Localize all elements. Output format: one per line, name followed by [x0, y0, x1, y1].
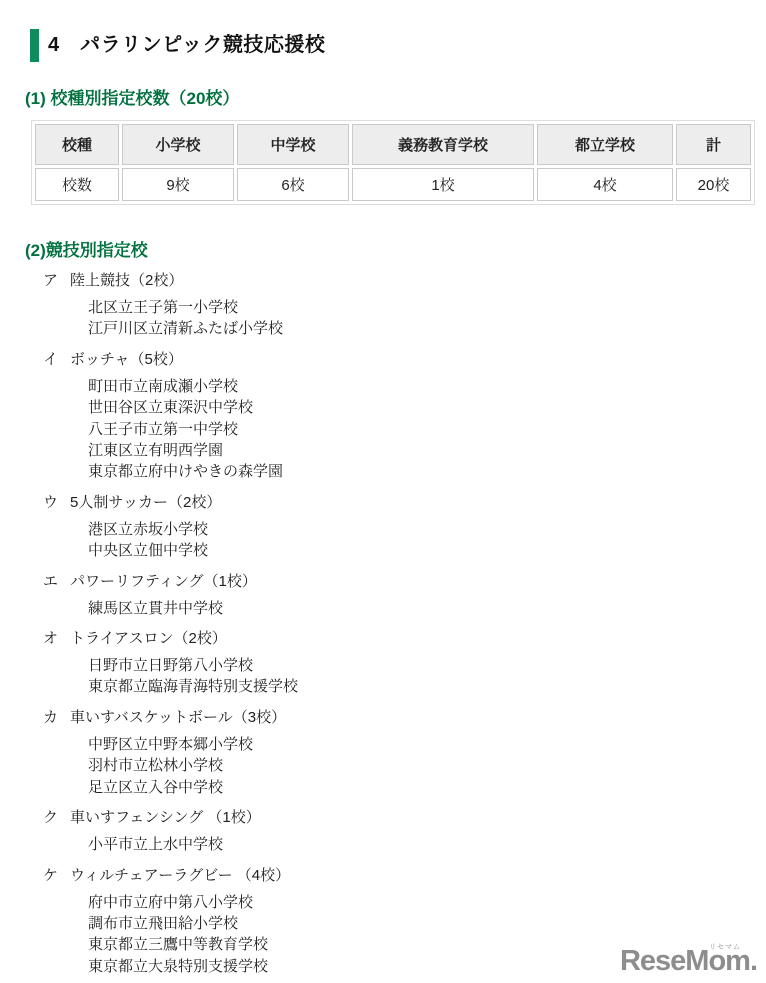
school-list: 小平市立上水中学校: [88, 834, 766, 855]
page-header: 4 パラリンピック競技応援校: [30, 29, 766, 62]
sport-section: イボッチャ（5校）町田市立南成瀬小学校世田谷区立東深沢中学校八王子市立第一中学校…: [43, 351, 766, 483]
school-list: 北区立王子第一小学校江戸川区立清新ふたば小学校: [88, 297, 766, 340]
school-item: 小平市立上水中学校: [88, 834, 766, 855]
sport-heading: ア陸上競技（2校）: [43, 272, 766, 290]
table-header-cell: 計: [676, 124, 751, 165]
table-cell: 6校: [237, 168, 349, 201]
school-item: 港区立赤坂小学校: [88, 519, 766, 540]
sport-label: ク: [43, 809, 70, 827]
page-title: 4 パラリンピック競技応援校: [48, 29, 325, 62]
school-item: 羽村市立松林小学校: [88, 755, 766, 776]
school-item: 足立区立入谷中学校: [88, 777, 766, 798]
sport-label: ウ: [43, 494, 70, 512]
table-body: 校数9校6校1校4校20校: [35, 168, 751, 201]
school-item: 東京都立臨海青海特別支援学校: [88, 676, 766, 697]
school-list: 中野区立中野本郷小学校羽村市立松林小学校足立区立入谷中学校: [88, 734, 766, 798]
school-item: 江戸川区立清新ふたば小学校: [88, 318, 766, 339]
sport-label: オ: [43, 630, 70, 648]
sport-name: パワーリフティング（1校）: [70, 573, 257, 591]
school-item: 町田市立南成瀬小学校: [88, 376, 766, 397]
school-item: 練馬区立貫井中学校: [88, 598, 766, 619]
sport-name: トライアスロン（2校）: [70, 630, 227, 648]
section2-heading: (2)競技別指定校: [25, 241, 766, 261]
sport-section: ウ5人制サッカー（2校）港区立赤坂小学校中央区立佃中学校: [43, 494, 766, 562]
sport-section: ク車いすフェンシング （1校）小平市立上水中学校: [43, 809, 766, 855]
sport-heading: ウ5人制サッカー（2校）: [43, 494, 766, 512]
school-item: 北区立王子第一小学校: [88, 297, 766, 318]
sport-name: 車いすバスケットボール（3校）: [70, 709, 286, 727]
table-row: 校数9校6校1校4校20校: [35, 168, 751, 201]
table-header-cell: 都立学校: [537, 124, 673, 165]
table-cell: 1校: [352, 168, 534, 201]
school-item: 日野市立日野第八小学校: [88, 655, 766, 676]
school-item: 八王子市立第一中学校: [88, 419, 766, 440]
resemom-logo: リセマム ReseMom.: [620, 945, 757, 978]
table-cell: 校数: [35, 168, 119, 201]
sport-section: ア陸上競技（2校）北区立王子第一小学校江戸川区立清新ふたば小学校: [43, 272, 766, 340]
school-item: 東京都立府中けやきの森学園: [88, 461, 766, 482]
title-accent-bar: [30, 29, 39, 62]
school-item: 中央区立佃中学校: [88, 540, 766, 561]
school-item: 調布市立飛田給小学校: [88, 913, 766, 934]
section1-heading: (1) 校種別指定校数（20校）: [25, 89, 766, 109]
school-list: 町田市立南成瀬小学校世田谷区立東深沢中学校八王子市立第一中学校江東区立有明西学園…: [88, 376, 766, 483]
sport-label: ア: [43, 272, 70, 290]
school-list: 日野市立日野第八小学校東京都立臨海青海特別支援学校: [88, 655, 766, 698]
school-item: 世田谷区立東深沢中学校: [88, 397, 766, 418]
sport-label: イ: [43, 351, 70, 369]
sport-label: エ: [43, 573, 70, 591]
sport-name: 陸上競技（2校）: [70, 272, 183, 290]
sport-heading: ク車いすフェンシング （1校）: [43, 809, 766, 827]
school-count-table: 校種小学校中学校義務教育学校都立学校計 校数9校6校1校4校20校: [31, 120, 755, 205]
sport-heading: オトライアスロン（2校）: [43, 630, 766, 648]
table-header-cell: 中学校: [237, 124, 349, 165]
school-item: 江東区立有明西学園: [88, 440, 766, 461]
table-cell: 9校: [122, 168, 234, 201]
table-cell: 20校: [676, 168, 751, 201]
sport-name: 5人制サッカー（2校）: [70, 494, 221, 512]
school-item: 府中市立府中第八小学校: [88, 892, 766, 913]
table-header-row: 校種小学校中学校義務教育学校都立学校計: [35, 124, 751, 165]
sport-heading: カ車いすバスケットボール（3校）: [43, 709, 766, 727]
sport-section: カ車いすバスケットボール（3校）中野区立中野本郷小学校羽村市立松林小学校足立区立…: [43, 709, 766, 798]
logo-ruby-text: リセマム: [709, 942, 741, 952]
sport-label: ケ: [43, 867, 70, 885]
page: 4 パラリンピック競技応援校 (1) 校種別指定校数（20校） 校種小学校中学校…: [0, 0, 766, 983]
sports-list: ア陸上競技（2校）北区立王子第一小学校江戸川区立清新ふたば小学校イボッチャ（5校…: [43, 272, 766, 977]
sport-name: ボッチャ（5校）: [70, 351, 183, 369]
sport-heading: イボッチャ（5校）: [43, 351, 766, 369]
sport-label: カ: [43, 709, 70, 727]
table-header-cell: 校種: [35, 124, 119, 165]
school-list: 練馬区立貫井中学校: [88, 598, 766, 619]
school-item: 中野区立中野本郷小学校: [88, 734, 766, 755]
table-cell: 4校: [537, 168, 673, 201]
table-header-cell: 小学校: [122, 124, 234, 165]
sport-name: 車いすフェンシング （1校）: [70, 809, 261, 827]
table-header-cell: 義務教育学校: [352, 124, 534, 165]
sport-name: ウィルチェアーラグビー （4校）: [70, 867, 290, 885]
sport-section: オトライアスロン（2校）日野市立日野第八小学校東京都立臨海青海特別支援学校: [43, 630, 766, 698]
sport-heading: エパワーリフティング（1校）: [43, 573, 766, 591]
school-list: 港区立赤坂小学校中央区立佃中学校: [88, 519, 766, 562]
sport-heading: ケウィルチェアーラグビー （4校）: [43, 867, 766, 885]
sport-section: エパワーリフティング（1校）練馬区立貫井中学校: [43, 573, 766, 619]
